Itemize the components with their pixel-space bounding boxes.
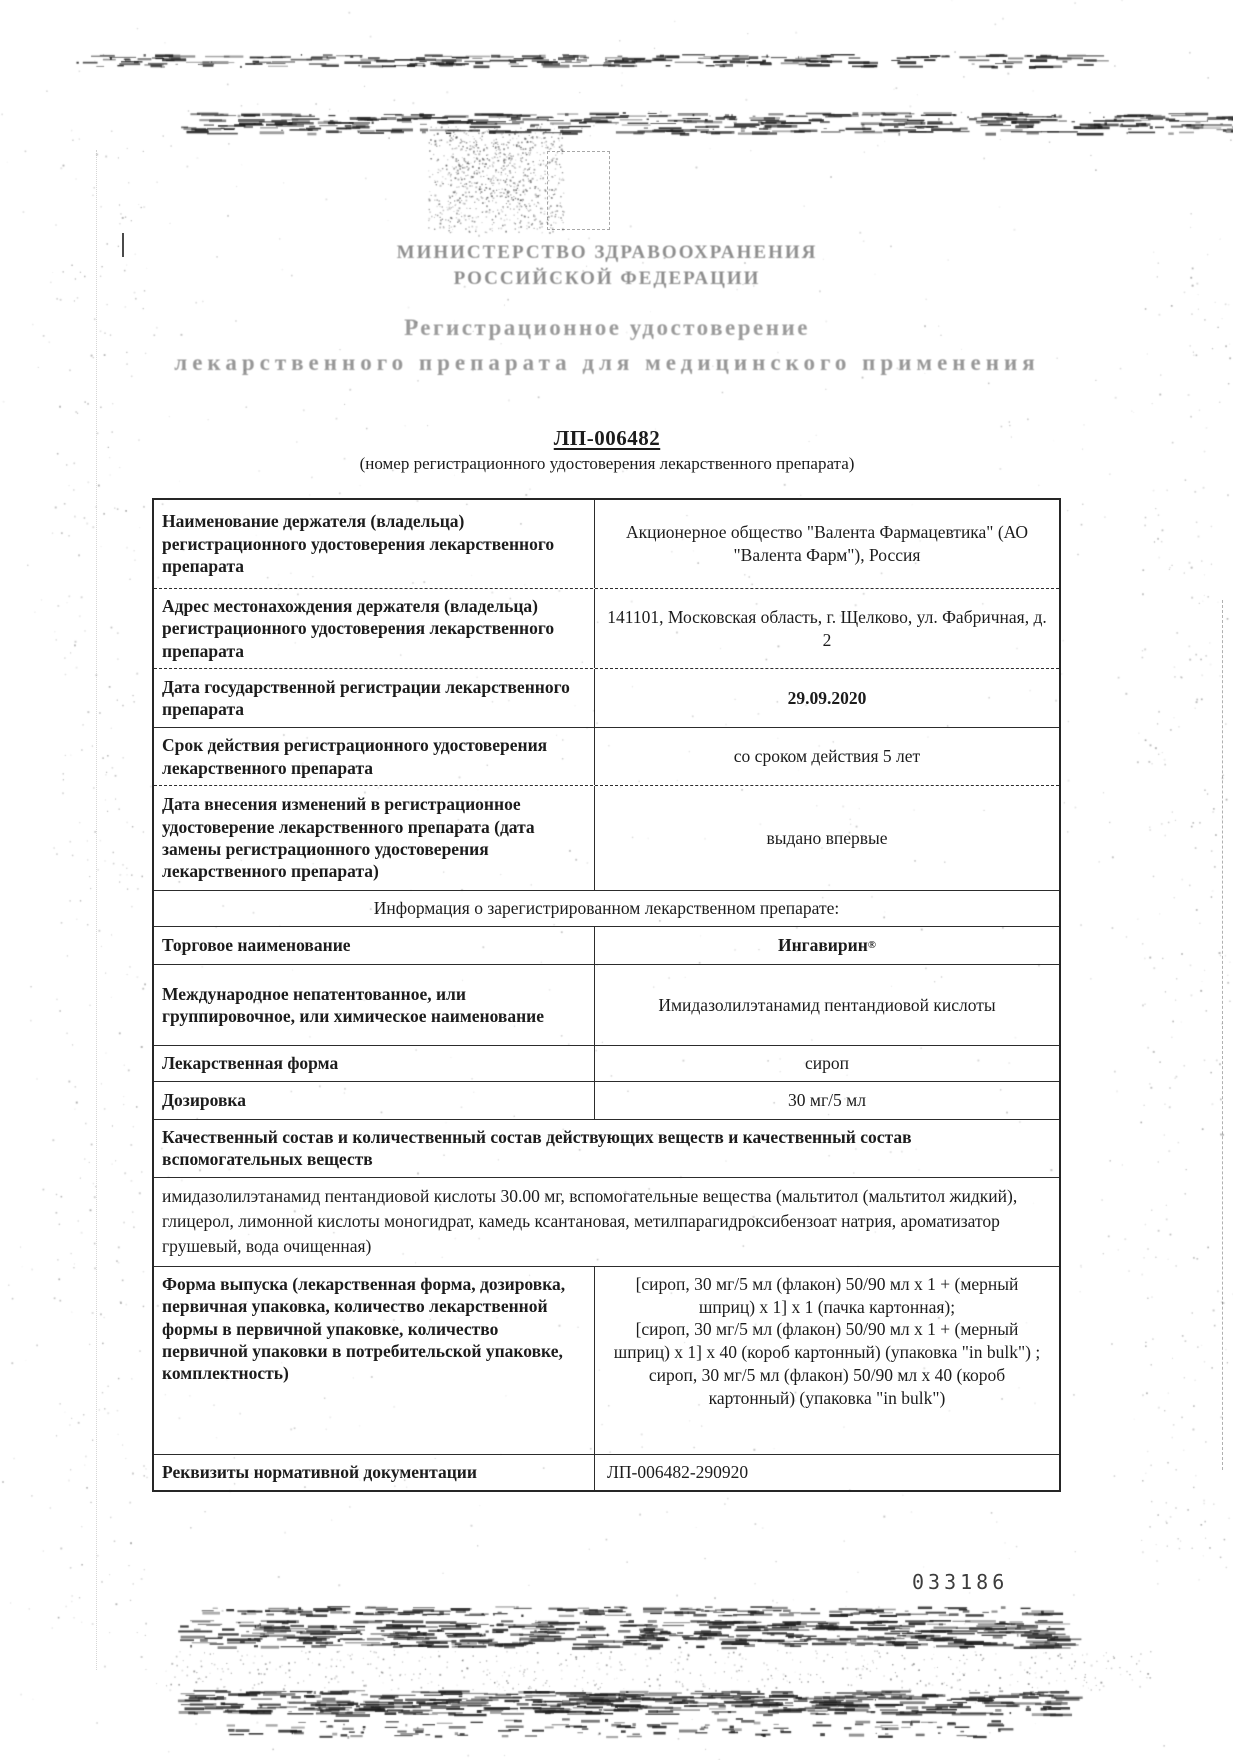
row-value: 30 мг/5 мл: [595, 1082, 1059, 1119]
row-value: 141101, Московская область, г. Щелково, …: [595, 589, 1059, 668]
row-label: Реквизиты нормативной документации: [154, 1455, 595, 1490]
row-label: Дозировка: [154, 1082, 595, 1119]
left-margin-line: [96, 150, 97, 1670]
table-row-dosage: Дозировка 30 мг/5 мл: [154, 1081, 1059, 1119]
table-row-dosage-form: Лекарственная форма сироп: [154, 1045, 1059, 1081]
row-value: Имидазолилэтанамид пентандиовой кислоты: [595, 965, 1059, 1045]
table-row-normative-docs: Реквизиты нормативной документации ЛП-00…: [154, 1454, 1059, 1490]
registration-number: ЛП-006482: [0, 426, 1214, 451]
row-value: сироп: [595, 1046, 1059, 1081]
row-value: [сироп, 30 мг/5 мл (флакон) 50/90 мл х 1…: [595, 1267, 1059, 1454]
emblem-stamp-box: [547, 151, 610, 230]
row-label: Дата внесения изменений в регистрационно…: [154, 786, 595, 890]
right-margin-line: [1222, 600, 1223, 1470]
composition-header-text: Качественный состав и количественный сос…: [154, 1120, 1059, 1177]
row-label: Лекарственная форма: [154, 1046, 595, 1081]
row-label: Срок действия регистрационного удостовер…: [154, 728, 595, 785]
ministry-line1: МИНИСТЕРСТВО ЗДРАВООХРАНЕНИЯ: [0, 240, 1214, 266]
table-row-reg-date: Дата государственной регистрации лекарст…: [154, 668, 1059, 727]
row-value: ЛП-006482-290920: [595, 1455, 1059, 1490]
document-title-line1: Регистрационное удостоверение: [0, 315, 1214, 341]
release-form-line: сироп, 30 мг/5 мл (флакон) 50/90 мл х 40…: [607, 1364, 1047, 1410]
table-section-composition-header: Качественный состав и количественный сос…: [154, 1119, 1059, 1177]
registration-table: Наименование держателя (владельца) регис…: [152, 498, 1061, 1492]
row-value: Акционерное общество "Валента Фармацевти…: [595, 500, 1059, 588]
table-row-inn: Международное непатентованное, или групп…: [154, 964, 1059, 1045]
registered-trademark-symbol: ®: [868, 938, 876, 952]
stamp-serial-number: 033186: [912, 1570, 1008, 1594]
table-row-amendments: Дата внесения изменений в регистрационно…: [154, 785, 1059, 890]
table-row-trade-name: Торговое наименование Ингавирин®: [154, 926, 1059, 964]
row-value: выдано впервые: [595, 786, 1059, 890]
section-info-text: Информация о зарегистрированном лекарств…: [154, 891, 1059, 926]
row-label: Дата государственной регистрации лекарст…: [154, 669, 595, 727]
ministry-header: МИНИСТЕРСТВО ЗДРАВООХРАНЕНИЯ РОССИЙСКОЙ …: [0, 240, 1214, 292]
ministry-line2: РОССИЙСКОЙ ФЕДЕРАЦИИ: [0, 266, 1214, 292]
registration-number-caption: (номер регистрационного удостоверения ле…: [0, 454, 1214, 474]
row-label: Адрес местонахождения держателя (владель…: [154, 589, 595, 668]
release-form-line: [сироп, 30 мг/5 мл (флакон) 50/90 мл х 1…: [607, 1273, 1047, 1319]
table-row-release-form: Форма выпуска (лекарственная форма, дози…: [154, 1266, 1059, 1454]
registration-certificate-page: МИНИСТЕРСТВО ЗДРАВООХРАНЕНИЯ РОССИЙСКОЙ …: [0, 0, 1233, 1760]
table-row-composition: имидазолилэтанамид пентандиовой кислоты …: [154, 1177, 1059, 1266]
row-label: Наименование держателя (владельца) регис…: [154, 500, 595, 588]
trade-name: Ингавирин: [778, 934, 868, 957]
composition-text: имидазолилэтанамид пентандиовой кислоты …: [154, 1178, 1059, 1266]
table-row-holder: Наименование держателя (владельца) регис…: [154, 500, 1059, 588]
table-section-info: Информация о зарегистрированном лекарств…: [154, 890, 1059, 926]
table-row-address: Адрес местонахождения держателя (владель…: [154, 588, 1059, 668]
release-form-line: [сироп, 30 мг/5 мл (флакон) 50/90 мл х 1…: [607, 1318, 1047, 1364]
row-value: 29.09.2020: [595, 669, 1059, 727]
document-title-line2: лекарственного препарата для медицинског…: [0, 350, 1214, 376]
table-row-validity: Срок действия регистрационного удостовер…: [154, 727, 1059, 785]
row-label: Форма выпуска (лекарственная форма, дози…: [154, 1267, 595, 1454]
row-label: Международное непатентованное, или групп…: [154, 965, 595, 1045]
row-label: Торговое наименование: [154, 927, 595, 964]
row-value: со сроком действия 5 лет: [595, 728, 1059, 785]
row-value: Ингавирин®: [595, 927, 1059, 964]
